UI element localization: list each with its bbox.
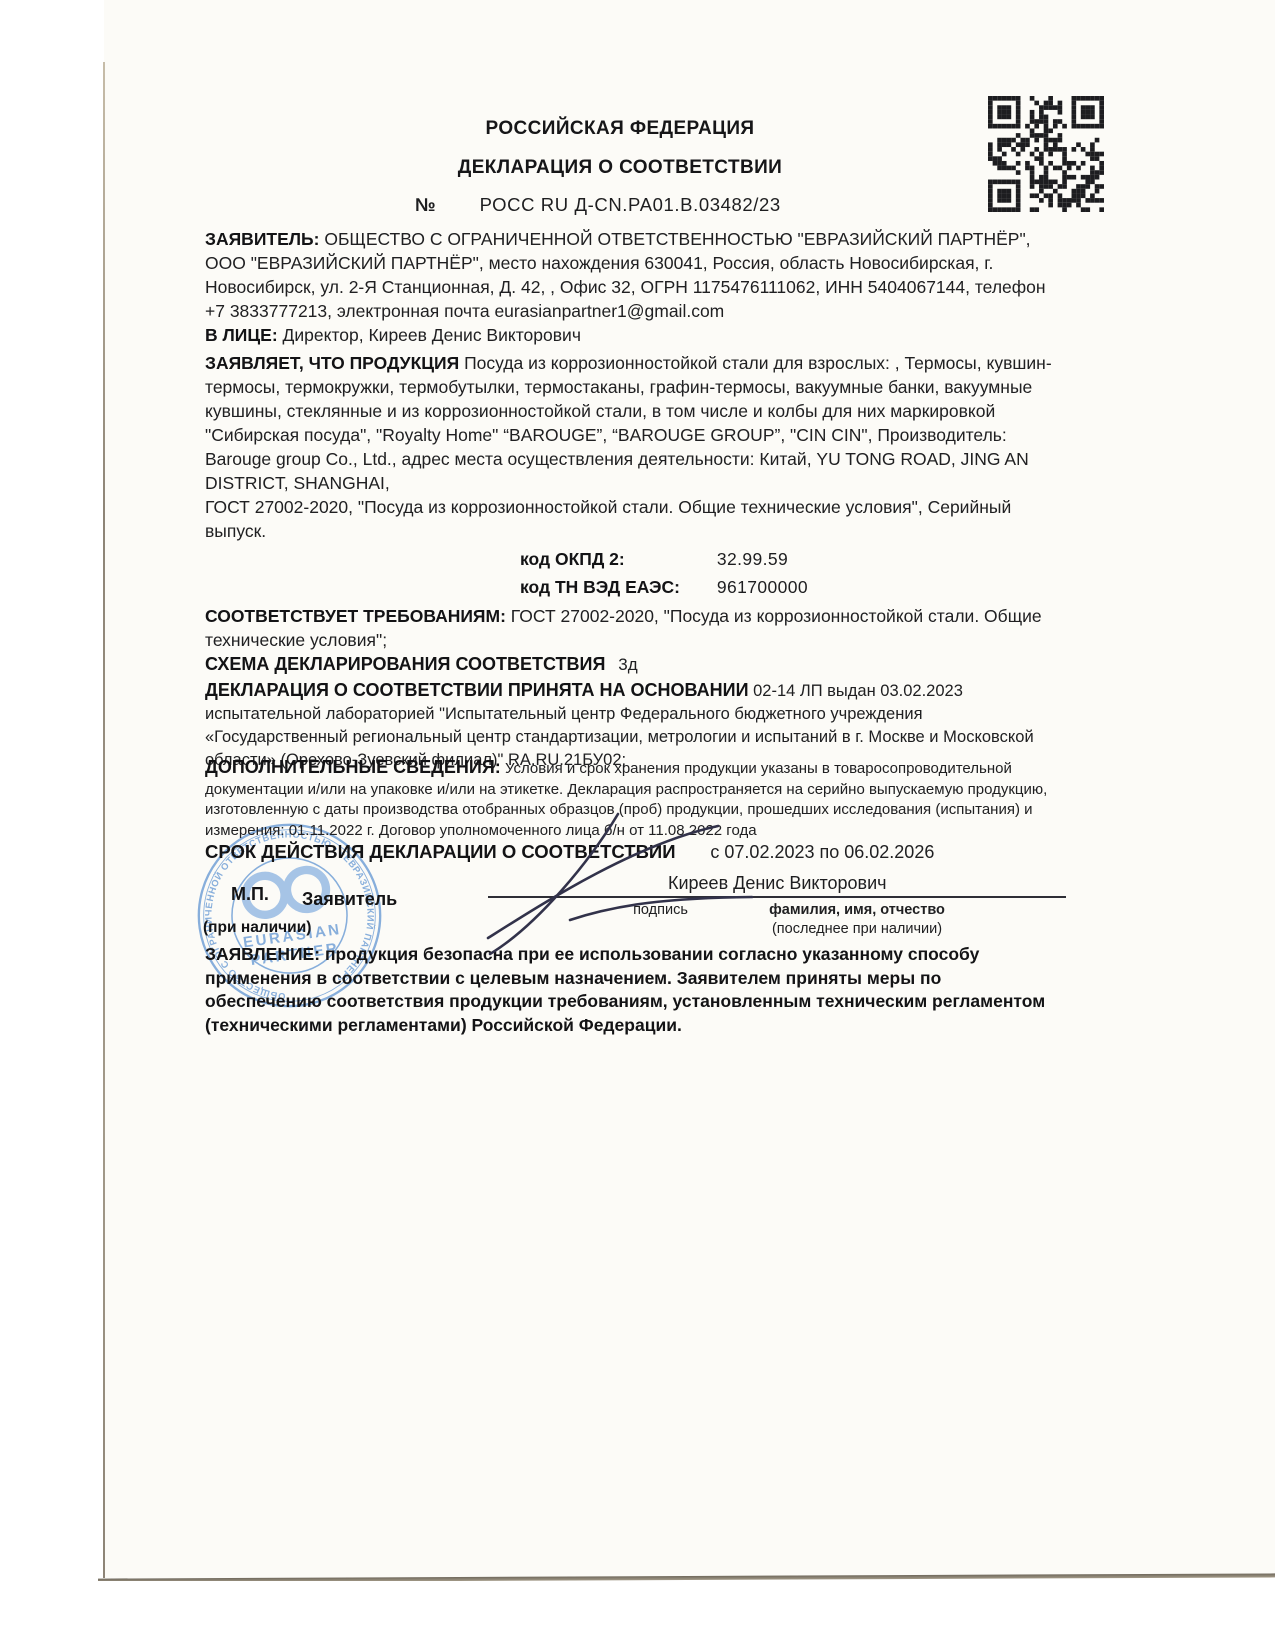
- okpd-code-row: код ОКПД 2: 32.99.59: [520, 549, 788, 570]
- okpd-value: 32.99.59: [717, 549, 788, 569]
- tnved-value: 961700000: [717, 577, 808, 597]
- basis-value: 02-14 ЛП выдан 03.02.2023: [753, 682, 963, 700]
- scanner-background: [0, 1581, 1275, 1650]
- paper-edge-left: [103, 62, 105, 1578]
- in-person-text: Директор, Киреев Денис Викторович: [283, 325, 581, 345]
- number-sign: №: [415, 194, 436, 215]
- okpd-label: код ОКПД 2:: [520, 549, 712, 570]
- document-title: ДЕКЛАРАЦИЯ О СООТВЕТСТВИИ: [205, 157, 1035, 179]
- product-paragraph: ЗАЯВЛЯЕТ, ЧТО ПРОДУКЦИЯ Посуда из корроз…: [205, 351, 1067, 543]
- compliance-paragraph: СООТВЕТСТВУЕТ ТРЕБОВАНИЯМ: ГОСТ 27002-20…: [205, 604, 1065, 652]
- country-header: РОССИЙСКАЯ ФЕДЕРАЦИЯ: [205, 118, 1035, 140]
- declaration-number-row: №РОСС RU Д-CN.РА01.В.03482/23: [415, 194, 781, 216]
- product-label: ЗАЯВЛЯЕТ, ЧТО ПРОДУКЦИЯ: [205, 353, 459, 373]
- signature-scribble: [450, 806, 770, 958]
- basis-label: ДЕКЛАРАЦИЯ О СООТВЕТСТВИИ ПРИНЯТА НА ОСН…: [205, 680, 749, 700]
- document-page: ОБЩЕСТВО С ОГРАНИЧЕННОЙ ОТВЕТСТВЕННОСТЬЮ…: [0, 0, 1275, 1650]
- tnved-label: код ТН ВЭД ЕАЭС:: [520, 577, 712, 598]
- applicant-label: ЗАЯВИТЕЛЬ:: [205, 229, 319, 249]
- tnved-code-row: код ТН ВЭД ЕАЭС: 961700000: [520, 577, 808, 598]
- declaration-number: РОСС RU Д-CN.РА01.В.03482/23: [480, 194, 781, 215]
- product-text: Посуда из коррозионностойкой стали для в…: [205, 353, 1052, 493]
- applicant-text: ОБЩЕСТВО С ОГРАНИЧЕННОЙ ОТВЕТСТВЕННОСТЬЮ…: [205, 229, 1046, 321]
- compliance-label: СООТВЕТСТВУЕТ ТРЕБОВАНИЯМ:: [205, 606, 506, 626]
- mp-label: М.П.: [231, 884, 269, 905]
- applicant-paragraph: ЗАЯВИТЕЛЬ: ОБЩЕСТВО С ОГРАНИЧЕННОЙ ОТВЕТ…: [205, 227, 1055, 347]
- qr-code-graphic: [988, 96, 1104, 212]
- scheme-row: СХЕМА ДЕКЛАРИРОВАНИЯ СООТВЕТСТВИЯ 3д: [205, 652, 1055, 677]
- additional-label: ДОПОЛНИТЕЛЬНЫЕ СВЕДЕНИЯ:: [205, 757, 501, 777]
- product-gost-line: ГОСТ 27002-2020, "Посуда из коррозионнос…: [205, 497, 1011, 541]
- applicant-word: Заявитель: [302, 889, 397, 910]
- scheme-value: 3д: [618, 655, 637, 674]
- scheme-label: СХЕМА ДЕКЛАРИРОВАНИЯ СООТВЕТСТВИЯ: [205, 654, 605, 674]
- in-person-label: В ЛИЦЕ:: [205, 325, 278, 345]
- statement-label: ЗАЯВЛЕНИЕ:: [205, 944, 320, 964]
- mp-note: (при наличии): [203, 919, 311, 937]
- qr-code: [988, 96, 1104, 212]
